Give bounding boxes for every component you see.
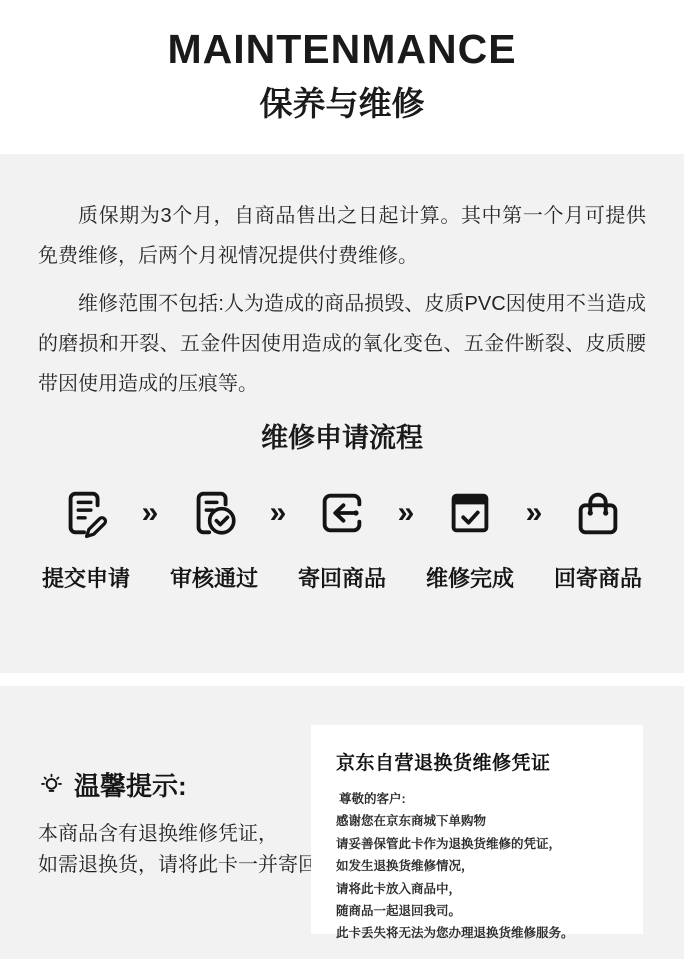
voucher-line: 尊敬的客户: [336,788,625,810]
voucher-card-title: 京东自营退换货维修凭证 [336,748,625,775]
tips-line: 如需退换货，请将此卡一并寄回。 [38,850,338,881]
tips-body: 本商品含有退换维修凭证， 如需退换货，请将此卡一并寄回。 [38,819,338,881]
tips-heading: 温馨提示: [38,766,338,803]
process-title: 维修申请流程 [38,420,646,456]
step-repair-complete: 维修完成 [422,486,518,593]
tips-left-column: 温馨提示: 本商品含有退换维修凭证， 如需退换货，请将此卡一并寄回。 [38,766,338,881]
chevron-right-icon: » [142,486,159,540]
form-pencil-icon [59,486,113,540]
voucher-card: 京东自营退换货维修凭证 尊敬的客户: 感谢您在京东商城下单购物 请妥善保管此卡作… [311,725,643,934]
voucher-line: 感谢您在京东商城下单购物 [336,810,625,832]
voucher-line: 随商品一起退回我司。 [336,900,625,922]
warranty-paragraph-2: 维修范围不包括:人为造成的商品损毁、皮质PVC因使用不当造成的磨损和开裂、五金件… [38,284,646,404]
box-check-icon [443,486,497,540]
tips-section: 温馨提示: 本商品含有退换维修凭证， 如需退换货，请将此卡一并寄回。 京东自营退… [0,686,684,959]
step-label: 提交申请 [42,562,130,593]
page-title: MAINTENMANCE [0,26,684,72]
tips-title: 温馨提示: [74,766,187,803]
document-check-icon [187,486,241,540]
shopping-bag-icon [571,486,625,540]
process-steps-row: 提交申请 » 审核通过 » [38,486,646,593]
return-arrow-icon [315,486,369,540]
voucher-card-body: 尊敬的客户: 感谢您在京东商城下单购物 请妥善保管此卡作为退换货维修的凭证， 如… [336,788,625,945]
step-review-passed: 审核通过 [166,486,262,593]
voucher-line: 如发生退换货维修情况， [336,855,625,877]
step-label: 回寄商品 [554,562,642,593]
chevron-right-icon: » [270,486,287,540]
page-subtitle: 保养与维修 [0,84,684,124]
step-label: 审核通过 [170,562,258,593]
lightbulb-icon [38,771,65,798]
step-send-back: 寄回商品 [294,486,390,593]
tips-line: 本商品含有退换维修凭证， [38,819,338,850]
step-submit-application: 提交申请 [38,486,134,593]
step-return-shipment: 回寄商品 [550,486,646,593]
voucher-line: 请妥善保管此卡作为退换货维修的凭证， [336,833,625,855]
voucher-line: 请将此卡放入商品中， [336,878,625,900]
page-header: MAINTENMANCE 保养与维修 [0,0,684,154]
step-label: 维修完成 [426,562,514,593]
warranty-section: 质保期为3个月，自商品售出之日起计算。其中第一个月可提供免费维修，后两个月视情况… [0,154,684,673]
maintenance-page: MAINTENMANCE 保养与维修 质保期为3个月，自商品售出之日起计算。其中… [0,0,684,959]
chevron-right-icon: » [398,486,415,540]
voucher-line: 此卡丢失将无法为您办理退换货维修服务。 [336,922,625,944]
chevron-right-icon: » [526,486,543,540]
step-label: 寄回商品 [298,562,386,593]
warranty-paragraph-1: 质保期为3个月，自商品售出之日起计算。其中第一个月可提供免费维修，后两个月视情况… [38,196,646,276]
